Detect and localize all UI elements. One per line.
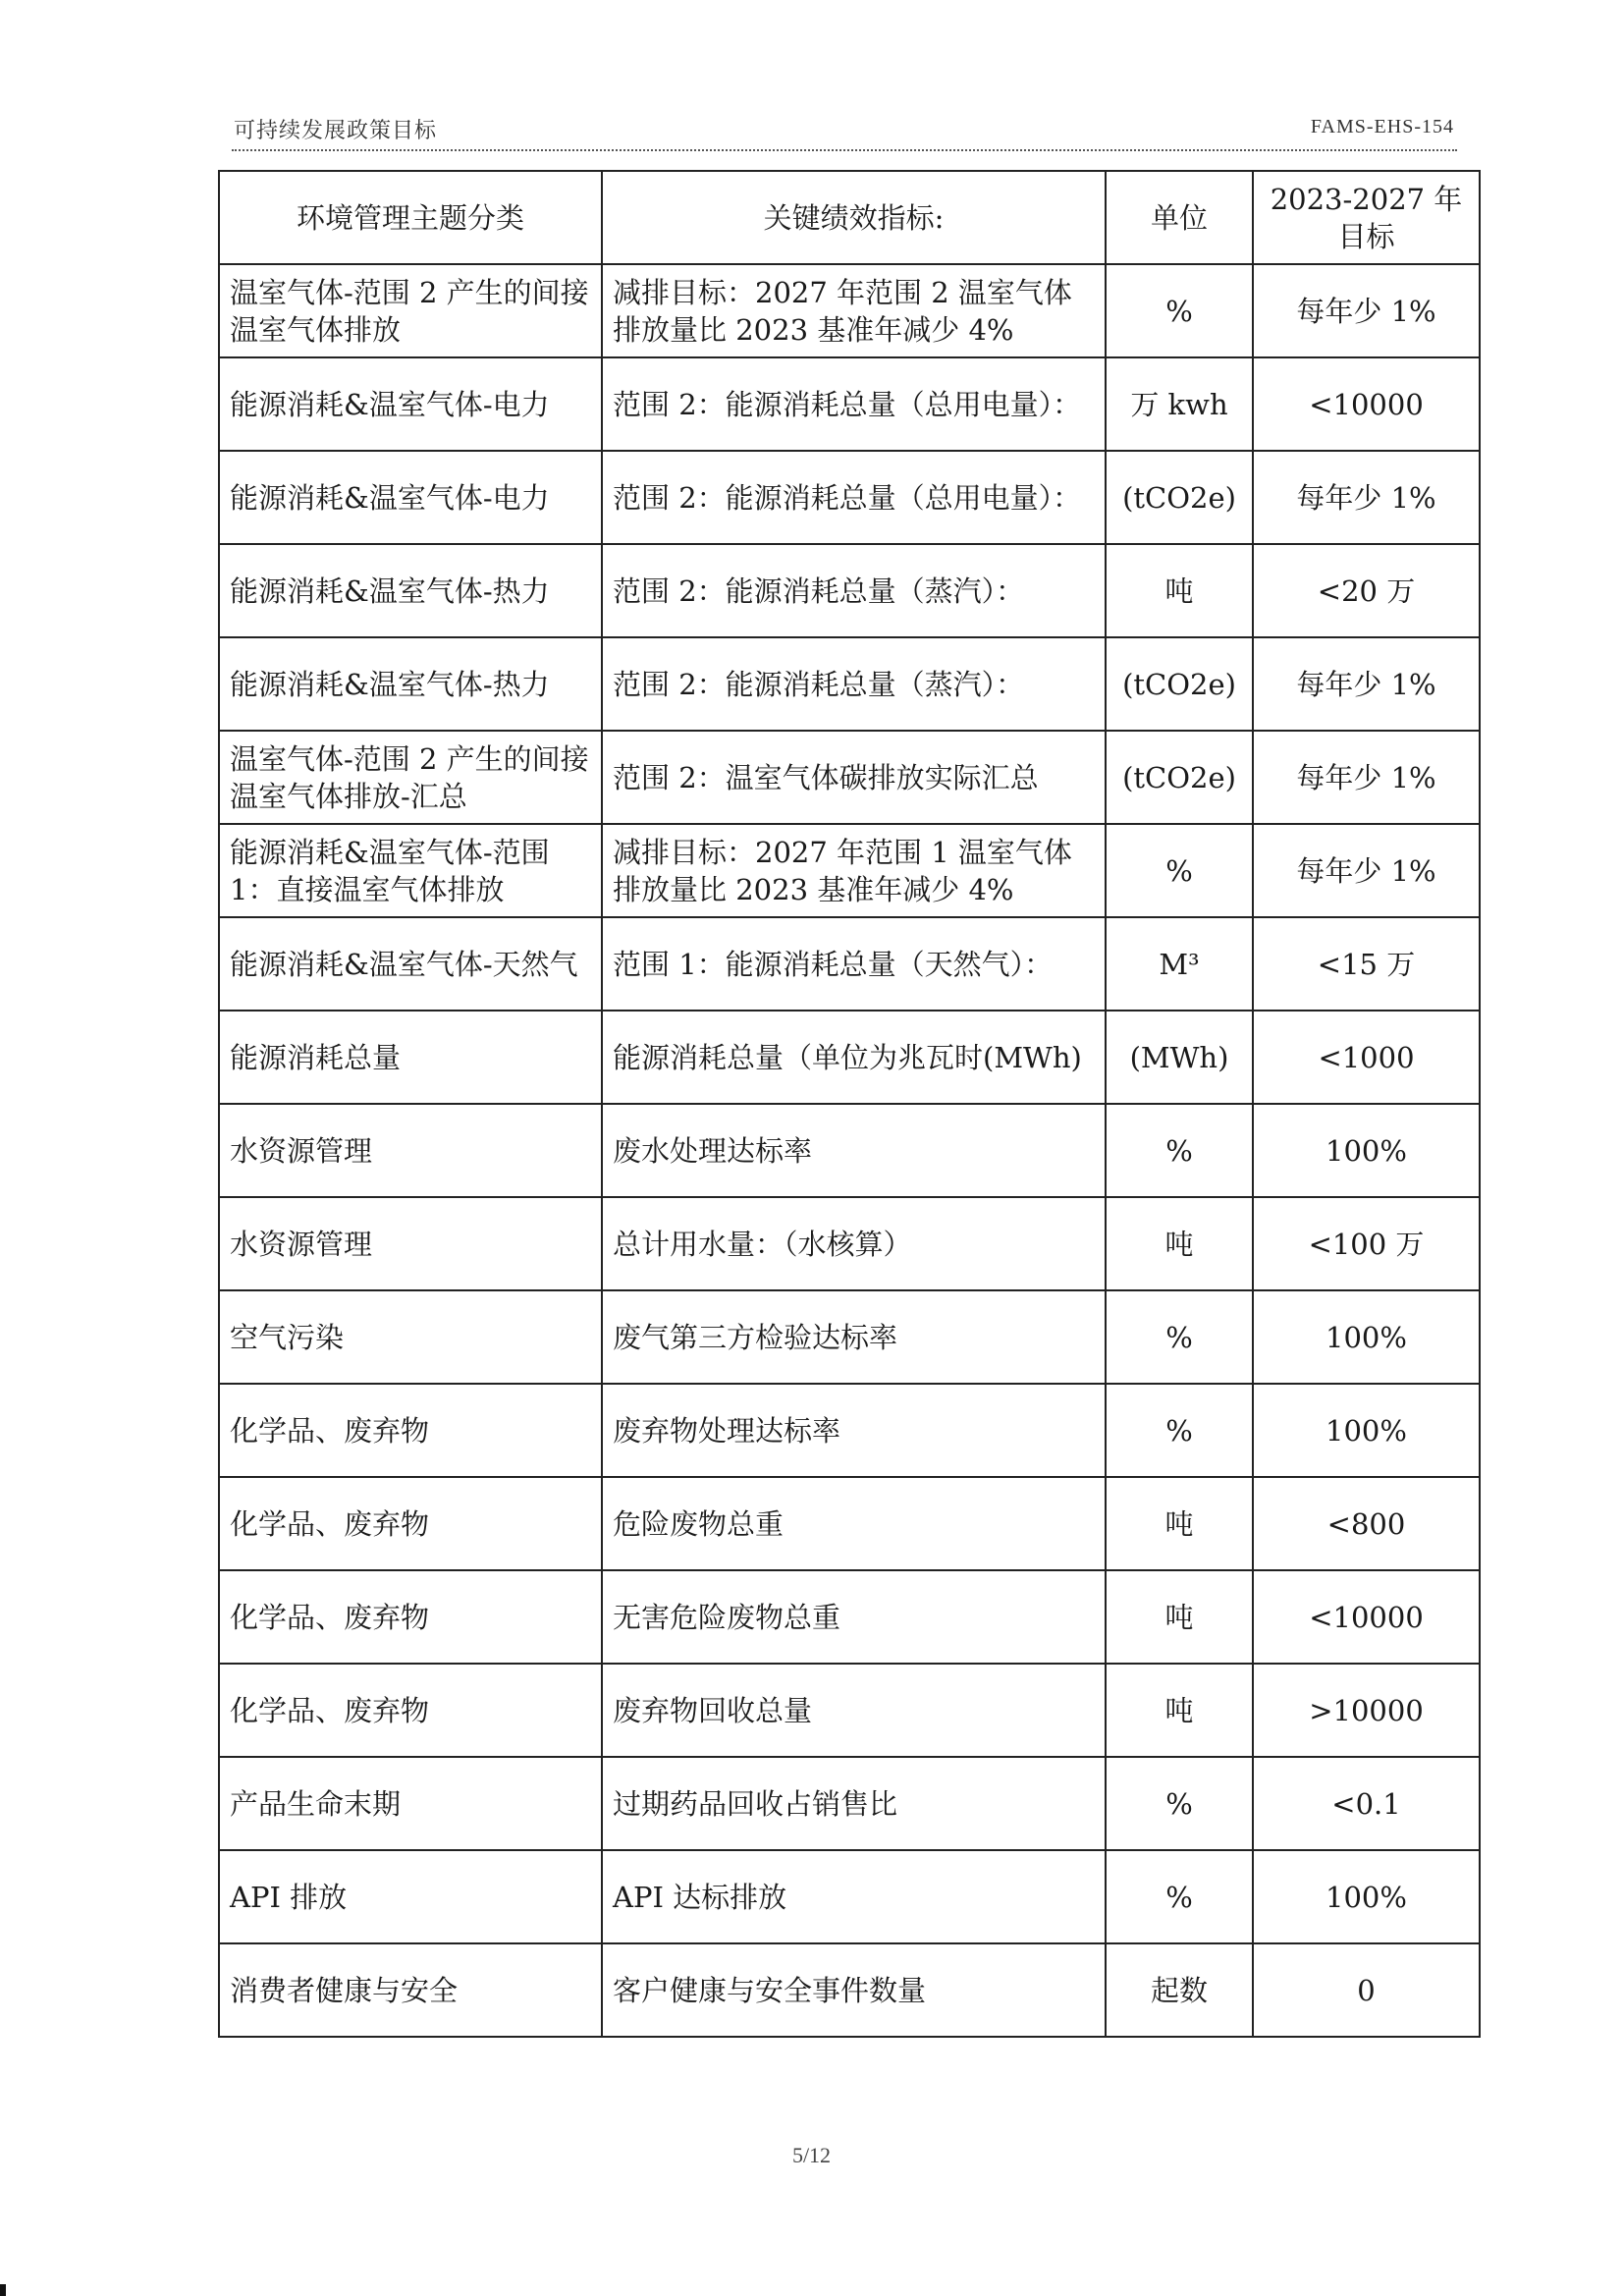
unit-cell: % xyxy=(1106,1850,1253,1943)
kpi-cell: 总计用水量：（水核算） xyxy=(602,1197,1106,1290)
unit-cell: 吨 xyxy=(1106,1570,1253,1664)
target-cell: >10000 xyxy=(1253,1664,1480,1757)
scan-artifact xyxy=(0,2284,6,2296)
category-cell: 温室气体-范围 2 产生的间接温室气体排放 xyxy=(219,264,602,357)
unit-cell: 吨 xyxy=(1106,1197,1253,1290)
kpi-cell: 危险废物总重 xyxy=(602,1477,1106,1570)
target-cell: 0 xyxy=(1253,1943,1480,2037)
column-header-unit: 单位 xyxy=(1106,171,1253,264)
table-row: 能源消耗&温室气体-电力范围 2：能源消耗总量（总用电量）：万 kwh<1000… xyxy=(219,357,1480,451)
table-row: 能源消耗总量能源消耗总量（单位为兆瓦时(MWh)(MWh)<1000 xyxy=(219,1011,1480,1104)
category-cell: 水资源管理 xyxy=(219,1197,602,1290)
category-cell: 能源消耗总量 xyxy=(219,1011,602,1104)
category-cell: 能源消耗&温室气体-热力 xyxy=(219,544,602,637)
table-row: 能源消耗&温室气体-热力范围 2：能源消耗总量（蒸汽）：(tCO2e)每年少 1… xyxy=(219,637,1480,731)
target-cell: 每年少 1% xyxy=(1253,731,1480,824)
kpi-cell: 减排目标：2027 年范围 1 温室气体排放量比 2023 基准年减少 4% xyxy=(602,824,1106,917)
category-cell: 能源消耗&温室气体-范围 1：直接温室气体排放 xyxy=(219,824,602,917)
kpi-cell: 范围 1：能源消耗总量（天然气）： xyxy=(602,917,1106,1011)
kpi-cell: 范围 2：能源消耗总量（蒸汽）： xyxy=(602,544,1106,637)
table-row: 能源消耗&温室气体-电力范围 2：能源消耗总量（总用电量）：(tCO2e)每年少… xyxy=(219,451,1480,544)
table-row: 能源消耗&温室气体-天然气范围 1：能源消耗总量（天然气）：M³<15 万 xyxy=(219,917,1480,1011)
category-cell: 化学品、废弃物 xyxy=(219,1477,602,1570)
kpi-cell: 减排目标：2027 年范围 2 温室气体排放量比 2023 基准年减少 4% xyxy=(602,264,1106,357)
kpi-cell: 范围 2：温室气体碳排放实际汇总 xyxy=(602,731,1106,824)
table-row: 化学品、废弃物废弃物处理达标率%100% xyxy=(219,1384,1480,1477)
kpi-cell: 废弃物处理达标率 xyxy=(602,1384,1106,1477)
table-row: 温室气体-范围 2 产生的间接温室气体排放-汇总范围 2：温室气体碳排放实际汇总… xyxy=(219,731,1480,824)
category-cell: 水资源管理 xyxy=(219,1104,602,1197)
document-code: FAMS-EHS-154 xyxy=(1311,116,1454,138)
target-cell: 每年少 1% xyxy=(1253,264,1480,357)
kpi-cell: 范围 2：能源消耗总量（总用电量）： xyxy=(602,357,1106,451)
table-row: 空气污染废气第三方检验达标率%100% xyxy=(219,1290,1480,1384)
unit-cell: 起数 xyxy=(1106,1943,1253,2037)
target-cell: <10000 xyxy=(1253,1570,1480,1664)
table-row: 化学品、废弃物废弃物回收总量吨>10000 xyxy=(219,1664,1480,1757)
table-header-row: 环境管理主题分类 关键绩效指标: 单位 2023-2027 年目标 xyxy=(219,171,1480,264)
category-cell: 空气污染 xyxy=(219,1290,602,1384)
table-row: 水资源管理总计用水量：（水核算）吨<100 万 xyxy=(219,1197,1480,1290)
target-cell: <10000 xyxy=(1253,357,1480,451)
table-row: 能源消耗&温室气体-范围 1：直接温室气体排放减排目标：2027 年范围 1 温… xyxy=(219,824,1480,917)
target-cell: <15 万 xyxy=(1253,917,1480,1011)
unit-cell: % xyxy=(1106,1104,1253,1197)
kpi-cell: API 达标排放 xyxy=(602,1850,1106,1943)
table-row: 水资源管理废水处理达标率%100% xyxy=(219,1104,1480,1197)
kpi-cell: 范围 2：能源消耗总量（总用电量）： xyxy=(602,451,1106,544)
table-row: API 排放API 达标排放%100% xyxy=(219,1850,1480,1943)
unit-cell: % xyxy=(1106,1290,1253,1384)
unit-cell: 吨 xyxy=(1106,1477,1253,1570)
table-row: 温室气体-范围 2 产生的间接温室气体排放减排目标：2027 年范围 2 温室气… xyxy=(219,264,1480,357)
target-cell: <800 xyxy=(1253,1477,1480,1570)
kpi-cell: 过期药品回收占销售比 xyxy=(602,1757,1106,1850)
table-row: 产品生命末期过期药品回收占销售比%<0.1 xyxy=(219,1757,1480,1850)
column-header-category: 环境管理主题分类 xyxy=(219,171,602,264)
target-cell: <0.1 xyxy=(1253,1757,1480,1850)
kpi-cell: 无害危险废物总重 xyxy=(602,1570,1106,1664)
category-cell: 产品生命末期 xyxy=(219,1757,602,1850)
category-cell: 化学品、废弃物 xyxy=(219,1384,602,1477)
target-cell: <100 万 xyxy=(1253,1197,1480,1290)
kpi-cell: 客户健康与安全事件数量 xyxy=(602,1943,1106,2037)
unit-cell: % xyxy=(1106,1757,1253,1850)
unit-cell: (tCO2e) xyxy=(1106,637,1253,731)
kpi-cell: 废水处理达标率 xyxy=(602,1104,1106,1197)
table-row: 化学品、废弃物无害危险废物总重吨<10000 xyxy=(219,1570,1480,1664)
unit-cell: (tCO2e) xyxy=(1106,451,1253,544)
kpi-table: 环境管理主题分类 关键绩效指标: 单位 2023-2027 年目标 温室气体-范… xyxy=(218,170,1481,2038)
table-row: 化学品、废弃物危险废物总重吨<800 xyxy=(219,1477,1480,1570)
target-cell: 100% xyxy=(1253,1104,1480,1197)
header-divider xyxy=(232,149,1457,151)
target-cell: 100% xyxy=(1253,1850,1480,1943)
column-header-target: 2023-2027 年目标 xyxy=(1253,171,1480,264)
unit-cell: % xyxy=(1106,264,1253,357)
target-cell: 每年少 1% xyxy=(1253,451,1480,544)
kpi-cell: 范围 2：能源消耗总量（蒸汽）： xyxy=(602,637,1106,731)
target-cell: 100% xyxy=(1253,1384,1480,1477)
kpi-cell: 废气第三方检验达标率 xyxy=(602,1290,1106,1384)
document-title: 可持续发展政策目标 xyxy=(234,114,437,144)
column-header-kpi: 关键绩效指标: xyxy=(602,171,1106,264)
unit-cell: % xyxy=(1106,824,1253,917)
unit-cell: (tCO2e) xyxy=(1106,731,1253,824)
category-cell: 消费者健康与安全 xyxy=(219,1943,602,2037)
page-number: 5/12 xyxy=(0,2143,1623,2168)
category-cell: 能源消耗&温室气体-热力 xyxy=(219,637,602,731)
target-cell: 每年少 1% xyxy=(1253,637,1480,731)
kpi-cell: 能源消耗总量（单位为兆瓦时(MWh) xyxy=(602,1011,1106,1104)
unit-cell: (MWh) xyxy=(1106,1011,1253,1104)
table-row: 能源消耗&温室气体-热力范围 2：能源消耗总量（蒸汽）：吨<20 万 xyxy=(219,544,1480,637)
kpi-cell: 废弃物回收总量 xyxy=(602,1664,1106,1757)
target-cell: <20 万 xyxy=(1253,544,1480,637)
category-cell: 化学品、废弃物 xyxy=(219,1664,602,1757)
category-cell: 能源消耗&温室气体-电力 xyxy=(219,451,602,544)
category-cell: 化学品、废弃物 xyxy=(219,1570,602,1664)
unit-cell: 万 kwh xyxy=(1106,357,1253,451)
unit-cell: M³ xyxy=(1106,917,1253,1011)
unit-cell: 吨 xyxy=(1106,1664,1253,1757)
category-cell: 温室气体-范围 2 产生的间接温室气体排放-汇总 xyxy=(219,731,602,824)
category-cell: 能源消耗&温室气体-电力 xyxy=(219,357,602,451)
target-cell: 100% xyxy=(1253,1290,1480,1384)
target-cell: 每年少 1% xyxy=(1253,824,1480,917)
category-cell: 能源消耗&温室气体-天然气 xyxy=(219,917,602,1011)
unit-cell: % xyxy=(1106,1384,1253,1477)
unit-cell: 吨 xyxy=(1106,544,1253,637)
table-row: 消费者健康与安全客户健康与安全事件数量起数0 xyxy=(219,1943,1480,2037)
category-cell: API 排放 xyxy=(219,1850,602,1943)
target-cell: <1000 xyxy=(1253,1011,1480,1104)
